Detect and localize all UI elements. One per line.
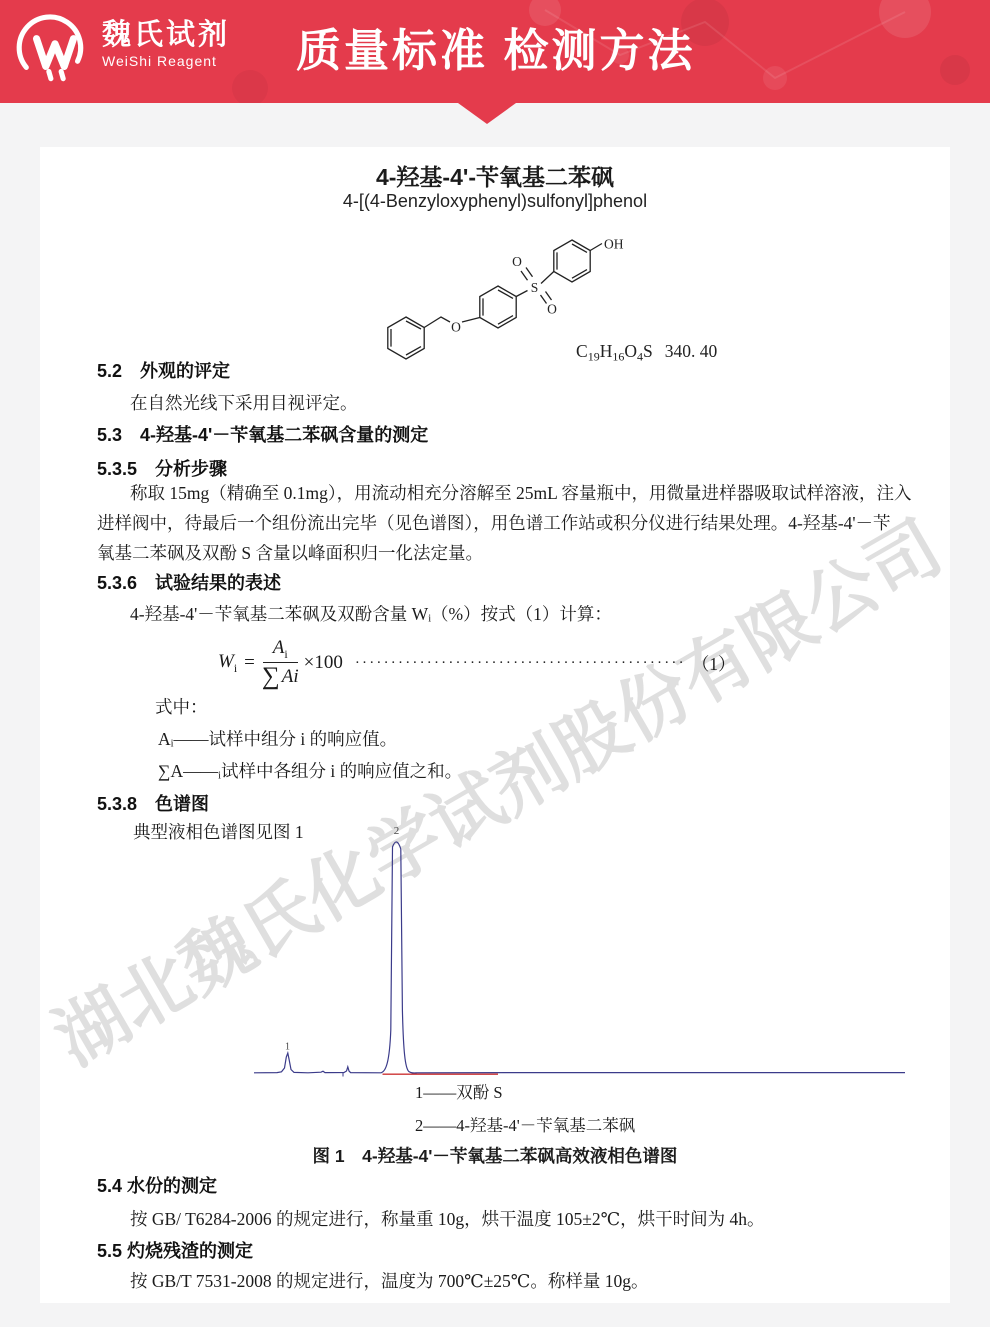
weishi-logo-icon (14, 10, 96, 92)
section-5-3-5-line1: 称取 15mg（精确至 0.1mg），用流动相充分溶解至 25mL 容量瓶中，用… (130, 481, 912, 505)
brand-name-cn: 魏氏试剂 (102, 18, 230, 52)
document-page: 湖北魏氏化学试剂股份有限公司 4-羟基-4'-苄氧基二苯砜 4-[(4-Benz… (40, 147, 950, 1303)
peak-1-label: 1 (285, 1042, 290, 1053)
atom-label-s: S (531, 280, 539, 295)
section-5-5-heading: 5.5 灼烧残渣的测定 (97, 1239, 253, 1263)
section-5-3-6-heading: 5.3.6 试验结果的表述 (97, 571, 281, 595)
compound-title-cn: 4-羟基-4'-苄氧基二苯砜 (40, 159, 950, 192)
section-5-4-heading: 5.4 水份的测定 (97, 1174, 217, 1198)
peak-2-label: 2 (394, 825, 400, 837)
legend-entry-1: 1——双酚 S (415, 1079, 503, 1103)
where-sum-line: ∑A——ᵢ试样中各组分 i 的响应值之和。 (158, 759, 462, 783)
eq-dot-leader: ········································… (355, 655, 686, 672)
eq-denominator: ∑Ai (262, 663, 299, 689)
header-notch (458, 103, 516, 124)
header-title: 质量标准 检测方法 (296, 22, 696, 80)
eq-times-100: ×100 (304, 652, 343, 674)
section-5-5-body: 按 GB/T 7531-2008 的规定进行，温度为 700℃±25℃。称样量 … (130, 1269, 649, 1293)
where-label: 式中： (155, 695, 208, 719)
section-5-3-heading: 5.3 4-羟基-4'－苄氧基二苯砜含量的测定 (97, 423, 428, 447)
section-5-3-8-heading: 5.3.8 色谱图 (97, 792, 209, 816)
eq-equals: = (244, 652, 255, 674)
section-5-3-5-line3: 氧基二苯砜及双酚 S 含量以峰面积归一化法定量。 (97, 541, 483, 565)
chromatogram-trace (254, 842, 905, 1073)
where-ai-line: Aᵢ——试样中组分 i 的响应值。 (158, 727, 397, 751)
section-5-2-heading: 5.2 外观的评定 (97, 359, 230, 383)
section-5-4-body: 按 GB/ T6284-2006 的规定进行，称量重 10g，烘干温度 105±… (130, 1207, 765, 1231)
page-header: 魏氏试剂 WeiShi Reagent 质量标准 检测方法 (0, 0, 990, 103)
brand-block: 魏氏试剂 WeiShi Reagent (102, 18, 230, 70)
section-5-3-6-body: 4-羟基-4'－苄氧基二苯砜及双酚含量 Wᵢ（%）按式（1）计算： (130, 602, 612, 626)
sigma-symbol: ∑ (262, 664, 280, 689)
atom-label-ether-o: O (451, 320, 461, 335)
eq-lhs: Wi (218, 651, 237, 676)
section-5-3-5-heading: 5.3.5 分析步骤 (97, 457, 227, 481)
atom-label-o-top: O (512, 254, 522, 269)
eq-numerator: Ai (263, 637, 298, 664)
molecular-formula: C19H16O4S340. 40 (576, 341, 717, 364)
brand-name-en: WeiShi Reagent (102, 52, 230, 70)
molecular-weight: 340. 40 (665, 341, 718, 361)
legend-entry-2: 2——4-羟基-4'－苄氧基二苯砜 (415, 1112, 635, 1136)
figure-1-caption: 图 1 4-羟基-4'－苄氧基二苯砜高效液相色谱图 (40, 1143, 950, 1168)
hplc-chromatogram: 1 2 (246, 825, 913, 1081)
atom-label-o-bottom: O (547, 302, 557, 317)
chemical-structure-figure: O S O O OH C19H16O4S340. 40 (358, 223, 762, 377)
section-5-3-5-line2: 进样阀中，待最后一个组份流出完毕（见色谱图），用色谱工作站或积分仪进行结果处理。… (97, 511, 891, 535)
section-5-2-body: 在自然光线下采用目视评定。 (130, 391, 358, 415)
eq-fraction: Ai ∑Ai (262, 637, 299, 690)
atom-label-oh: OH (604, 237, 624, 252)
eq-number: （1） (692, 651, 736, 676)
compound-title-en: 4-[(4-Benzyloxyphenyl)sulfonyl]phenol (40, 191, 950, 212)
equation-1: Wi = Ai ∑Ai ×100 ·······················… (218, 634, 736, 692)
